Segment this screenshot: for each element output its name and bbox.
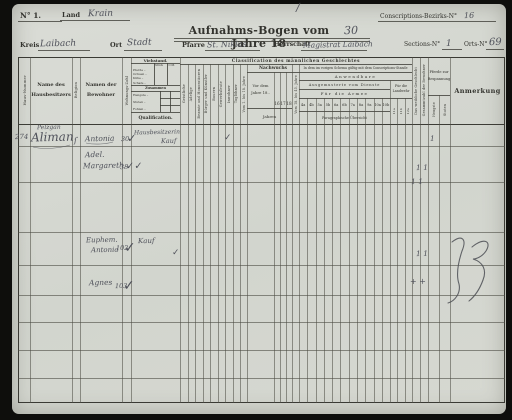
column-header-house-number: Haus-Nummer <box>18 57 30 124</box>
column-header-religion: Religion <box>72 57 80 124</box>
year-value: 30 <box>344 24 358 37</box>
orts-label: Orts-N° <box>464 41 488 48</box>
landwehr-column-label: 11a <box>392 108 396 114</box>
code-column-header: 4a <box>299 98 307 111</box>
grid-line <box>390 80 391 403</box>
conscription-number-value: 16 <box>464 11 474 20</box>
header-grid-line <box>160 105 180 106</box>
category-column: Inwohner <box>225 64 233 124</box>
header-grid-line <box>131 85 180 86</box>
grid-line <box>18 378 505 379</box>
sections-label: Sections-N° <box>404 41 440 48</box>
resident-name: Adel. <box>85 150 105 159</box>
code-column-header: 7a <box>349 98 357 111</box>
column-header-age-right: Vom 18. bis 45. Jahre <box>292 64 299 124</box>
form-number-label: N° 1. <box>20 11 41 20</box>
grid-line <box>332 98 333 403</box>
viehstand-row-label: Schafe – <box>133 81 146 85</box>
ort-value: Stadt <box>127 38 152 49</box>
grid-line <box>324 98 325 403</box>
grid-line <box>72 57 73 403</box>
underline <box>205 50 260 51</box>
header-grid-line <box>154 63 155 85</box>
ausgemusterte-band: Ausgemusterte vom Dienste <box>299 80 390 89</box>
column-header-dwelling: Wohnungs-Zahl <box>122 57 131 124</box>
herrschaft-value: Magistrat Laibach <box>303 39 373 49</box>
grid-line <box>450 57 451 403</box>
horses-sub-column-label: Hengste <box>432 102 436 117</box>
armee-band: Für die Armee <box>299 89 390 98</box>
landwehr-header: Für die Landwehr <box>390 80 412 98</box>
grid-line <box>247 64 248 403</box>
schema-note: In dem im vorigen Schema gültig mit dem … <box>299 64 412 72</box>
landwehr-column-label: 11b <box>399 108 403 114</box>
check-mark: ✓ <box>172 248 180 258</box>
grid-line <box>349 98 350 403</box>
grid-line <box>18 182 505 183</box>
column-header-residents: Namen der Bewohner <box>80 57 122 124</box>
category-column-label: Beamte und Honoratioren <box>197 69 201 119</box>
category-column: Beamte und Honoratioren <box>195 64 203 124</box>
grid-line <box>286 72 287 403</box>
grid-line <box>274 72 275 403</box>
resident-name: Antonia <box>91 246 119 255</box>
viehstand-col-b: C.M. <box>169 63 176 67</box>
header-grid-line <box>131 63 180 64</box>
grid-line <box>365 98 366 403</box>
header-grid-line <box>247 72 412 73</box>
header-grid-line <box>299 89 390 90</box>
house-number-value: 274 <box>15 133 29 141</box>
resident-name: Agnes <box>89 278 113 287</box>
title-rule <box>174 38 370 39</box>
landwehr-column: 11a <box>390 98 397 124</box>
code-column-header: 10a <box>373 98 381 111</box>
viehstand-row-label: Kühe – <box>133 76 143 80</box>
category-column-label: Adelige <box>189 87 193 101</box>
qualification-note: Hausbesitzerin <box>134 129 180 137</box>
grid-line <box>280 72 281 403</box>
anwendbare-band: Anwendbare <box>299 72 412 80</box>
code-column-header: 9a <box>365 98 373 111</box>
underline <box>486 49 504 50</box>
religion-mark: ſ <box>74 136 77 145</box>
underline <box>18 21 62 22</box>
grid-line <box>420 57 421 403</box>
viehstand-row-label: Ochsen – <box>133 72 147 76</box>
underline <box>378 21 496 22</box>
horses-sub-column: Hengste <box>428 95 439 124</box>
grid-line <box>292 64 293 403</box>
tally-mark: 1 <box>430 134 435 143</box>
grid-line <box>131 57 132 403</box>
horses-sub-column: Stuten <box>439 95 450 124</box>
category-column-label: Inwohner <box>227 85 231 103</box>
code-column-header: 6a <box>332 98 340 111</box>
underline <box>38 50 90 51</box>
category-column: Adelige <box>188 64 196 124</box>
code-column-header: 6b <box>340 98 348 111</box>
header-grid-line <box>160 98 180 99</box>
grid-line <box>80 57 81 403</box>
horses-sub-column-label: Stuten <box>443 104 447 116</box>
viehstand-row-label: Pferde – <box>133 68 146 72</box>
qualification-note: Kauf <box>161 137 176 145</box>
grid-line <box>405 98 406 403</box>
resident-name: Euphem. <box>86 236 118 245</box>
header-grid-line <box>299 80 412 81</box>
underline <box>301 50 367 51</box>
grid-line <box>18 295 505 296</box>
grid-line <box>340 98 341 403</box>
year-column-header: 18 <box>286 72 292 108</box>
underline <box>60 20 130 21</box>
scanned-form-page: N° 1. Land Conscriptions-Bezirks-N° Aufn… <box>0 0 512 420</box>
category-column-label: Taglöhner <box>234 84 238 103</box>
viehstand-subrow-label: Hengste – <box>133 93 148 97</box>
code-column-header: 4b <box>307 98 315 111</box>
header-grid-line <box>167 63 168 85</box>
orts-number-value: 69 <box>489 37 502 48</box>
category-column-label: Bürger und Künstler <box>204 74 208 113</box>
column-header-owner: Name des Hausbesitzers <box>30 57 72 124</box>
header-grid-line <box>170 91 171 112</box>
grid-line <box>299 64 300 403</box>
category-column: Taglöhner <box>233 64 241 124</box>
grid-line <box>30 57 31 403</box>
grid-line <box>382 98 383 403</box>
grid-line <box>357 98 358 403</box>
category-column: Gewerbsleute <box>218 64 226 124</box>
grid-line <box>412 57 413 403</box>
column-header-age-left: Vom 1. bis 18. Jahre <box>240 64 247 124</box>
category-column: Geistliche <box>180 64 188 124</box>
code-column-header: 10b <box>382 98 390 111</box>
viehstand-col-a: Stück <box>155 63 163 67</box>
grid-line <box>397 98 398 403</box>
grid-line <box>122 57 123 403</box>
column-header-total: Gesammtzahl der Bewohner <box>420 57 428 124</box>
column-header-female: Das weibliche Geschlecht <box>412 57 420 124</box>
category-column-label: Geistliche <box>182 84 186 103</box>
grid-line <box>18 265 505 266</box>
resident-name: Margareth <box>83 161 124 171</box>
grid-line <box>18 322 505 323</box>
viehstand-qualification: Qualification. <box>131 112 180 124</box>
landwehr-column: 12a <box>405 98 412 124</box>
viehstand-subrow-label: Fohlen – <box>133 107 146 111</box>
header-grid-line <box>299 111 390 112</box>
ort-label: Ort <box>110 41 122 49</box>
land-value: Krain <box>88 9 113 20</box>
code-column-header: 5b <box>324 98 332 111</box>
landwehr-column-label: 12a <box>406 108 410 114</box>
qualification-note: Kauf <box>138 237 155 245</box>
grid-line <box>374 98 375 403</box>
tally-mark: + + <box>410 277 426 286</box>
check-mark: ✓ <box>224 133 232 143</box>
column-header-remark: Anmerkung <box>450 57 505 124</box>
tally-mark: 1 1 <box>411 177 423 186</box>
conscription-label: Conscriptions-Bezirks-N° <box>380 13 457 20</box>
codes-caption: Paragraphische Übersicht <box>299 111 390 124</box>
before-year-cell: Vor dem Jahre 18.. <box>247 72 274 108</box>
pfarre-label: Pfarre <box>182 41 205 49</box>
grid-line <box>18 146 505 147</box>
owner-name-line2: Aliman <box>31 130 74 145</box>
header-grid-line <box>160 91 161 112</box>
category-column-label: Gewerbsleute <box>219 81 223 107</box>
header-bottom-line <box>18 124 505 125</box>
underline <box>124 50 162 51</box>
stray-ink-mark: / <box>296 1 300 14</box>
kreis-label: Kreis <box>20 41 39 49</box>
grid-line <box>316 98 317 403</box>
category-column: Bürger und Künstler <box>203 64 211 124</box>
header-grid-line <box>131 112 180 113</box>
classification-title: Classification des männlichen Geschlecht… <box>180 57 412 64</box>
resident-name: Antonia <box>85 134 115 144</box>
kreis-value: Laibach <box>40 39 76 50</box>
check-mark: ✓ <box>123 278 135 294</box>
tally-mark: 1 1 <box>416 249 428 258</box>
underline <box>442 49 462 50</box>
land-label: Land <box>62 11 80 19</box>
viehstand-subrow-label: Stuten – <box>133 100 146 104</box>
landwehr-column: 11b <box>397 98 404 124</box>
tally-mark: 1 1 <box>416 163 428 172</box>
grid-line <box>240 64 241 403</box>
pfarre-value: St. Niklas <box>207 40 247 50</box>
column-header-horses: Pferde zur Bespannung <box>428 57 450 95</box>
category-column: Bauern <box>210 64 218 124</box>
code-column-header: 8a <box>357 98 365 111</box>
check-mark: ✓✓ <box>126 161 143 172</box>
check-mark: ✓ <box>124 240 136 256</box>
grid-line <box>439 95 440 403</box>
code-column-header: 5a <box>316 98 324 111</box>
sections-number-value: 1 <box>446 39 452 49</box>
category-column-label: Bauern <box>212 87 216 101</box>
grid-line <box>18 350 505 351</box>
grid-line <box>18 232 505 233</box>
grid-line <box>307 98 308 403</box>
